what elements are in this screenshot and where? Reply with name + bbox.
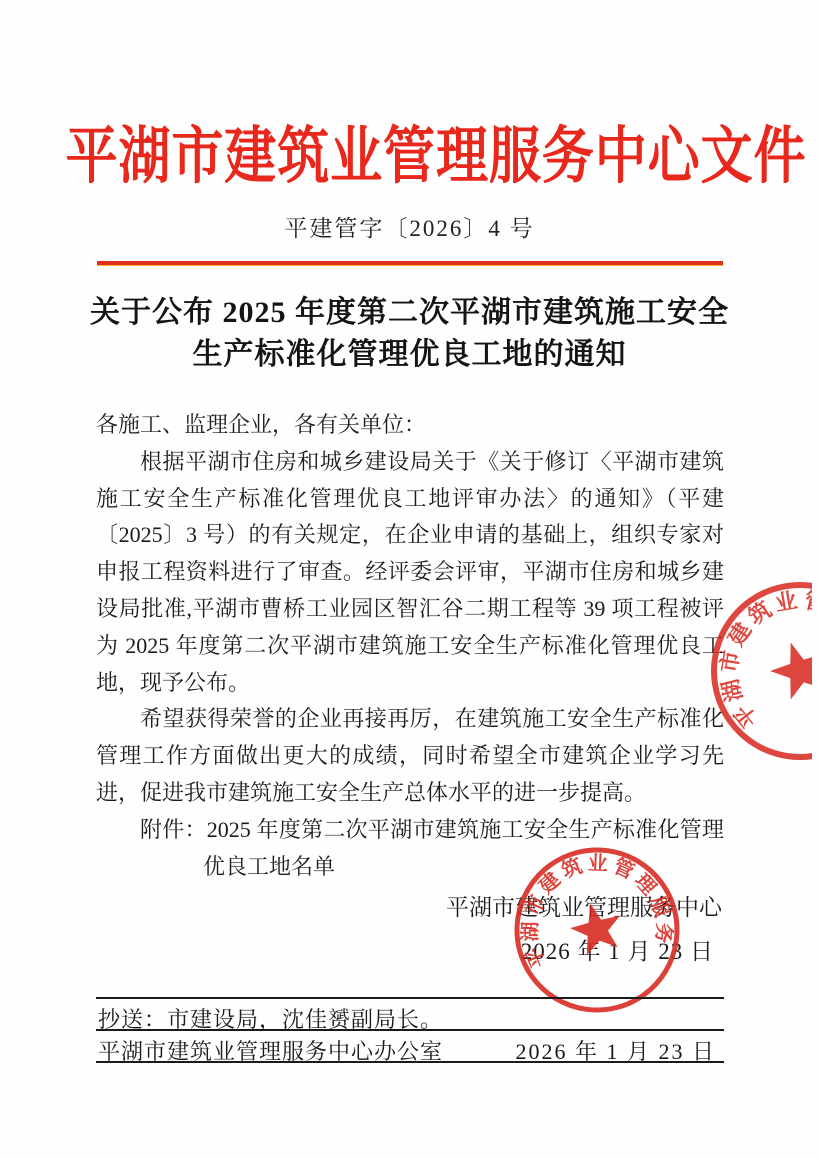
body-line: 设局批准,平湖市曹桥工业园区智汇谷二期工程等 39 项工程被评 [96, 591, 724, 628]
notice-title-line2: 生产标准化管理优良工地的通知 [0, 334, 819, 376]
body-line: 希望获得荣誉的企业再接再厉，在建筑施工安全生产标准化 [96, 701, 724, 738]
body-line: 申报工程资料进行了审查。经评委会评审，平湖市住房和城乡建 [96, 554, 724, 591]
body-line: 为 2025 年度第二次平湖市建筑施工安全生产标准化管理优良工 [96, 628, 724, 665]
body-line: 施工安全生产标准化管理优良工地评审办法〉的通知》（平建 [96, 481, 724, 518]
notice-title-line1: 关于公布 2025 年度第二次平湖市建筑施工安全 [0, 292, 819, 334]
notice-body: 各施工、监理企业，各有关单位： 根据平湖市住房和城乡建设局关于《关于修订〈平湖市… [96, 407, 724, 885]
attachment-line-2: 优良工地名单 [96, 849, 724, 886]
body-line: 各施工、监理企业，各有关单位： [96, 407, 724, 444]
body-line: 〔2025〕3 号）的有关规定，在企业申请的基础上，组织专家对 [96, 517, 724, 554]
footer-rule-middle [96, 1029, 724, 1031]
attachment-line: 附件：2025 年度第二次平湖市建筑施工安全生产标准化管理 [96, 812, 724, 849]
body-line: 进，促进我市建筑施工安全生产总体水平的进一步提高。 [96, 775, 724, 812]
signature-date: 2026 年 1 月 23 日 [446, 933, 722, 966]
body-line: 根据平湖市住房和城乡建设局关于《关于修订〈平湖市建筑 [96, 444, 724, 481]
notice-title: 关于公布 2025 年度第二次平湖市建筑施工安全 生产标准化管理优良工地的通知 [0, 292, 819, 376]
body-line: 管理工作方面做出更大的成绩，同时希望全市建筑企业学习先 [96, 738, 724, 775]
footer-rule-top [96, 997, 724, 999]
document-page: 平湖市建筑业管理服务中心文件 平建管字〔2026〕4 号 关于公布 2025 年… [0, 0, 819, 1158]
footer-rule-bottom [96, 1061, 724, 1063]
org-header-title: 平湖市建筑业管理服务中心文件 [66, 106, 754, 195]
signature-block: 平湖市建筑业管理服务中心 2026 年 1 月 23 日 [446, 889, 722, 966]
star-icon [770, 643, 812, 700]
signature-org: 平湖市建筑业管理服务中心 [446, 889, 722, 922]
body-line: 地，现予公布。 [96, 665, 724, 702]
red-divider-line [97, 261, 723, 266]
document-number: 平建管字〔2026〕4 号 [0, 210, 819, 243]
